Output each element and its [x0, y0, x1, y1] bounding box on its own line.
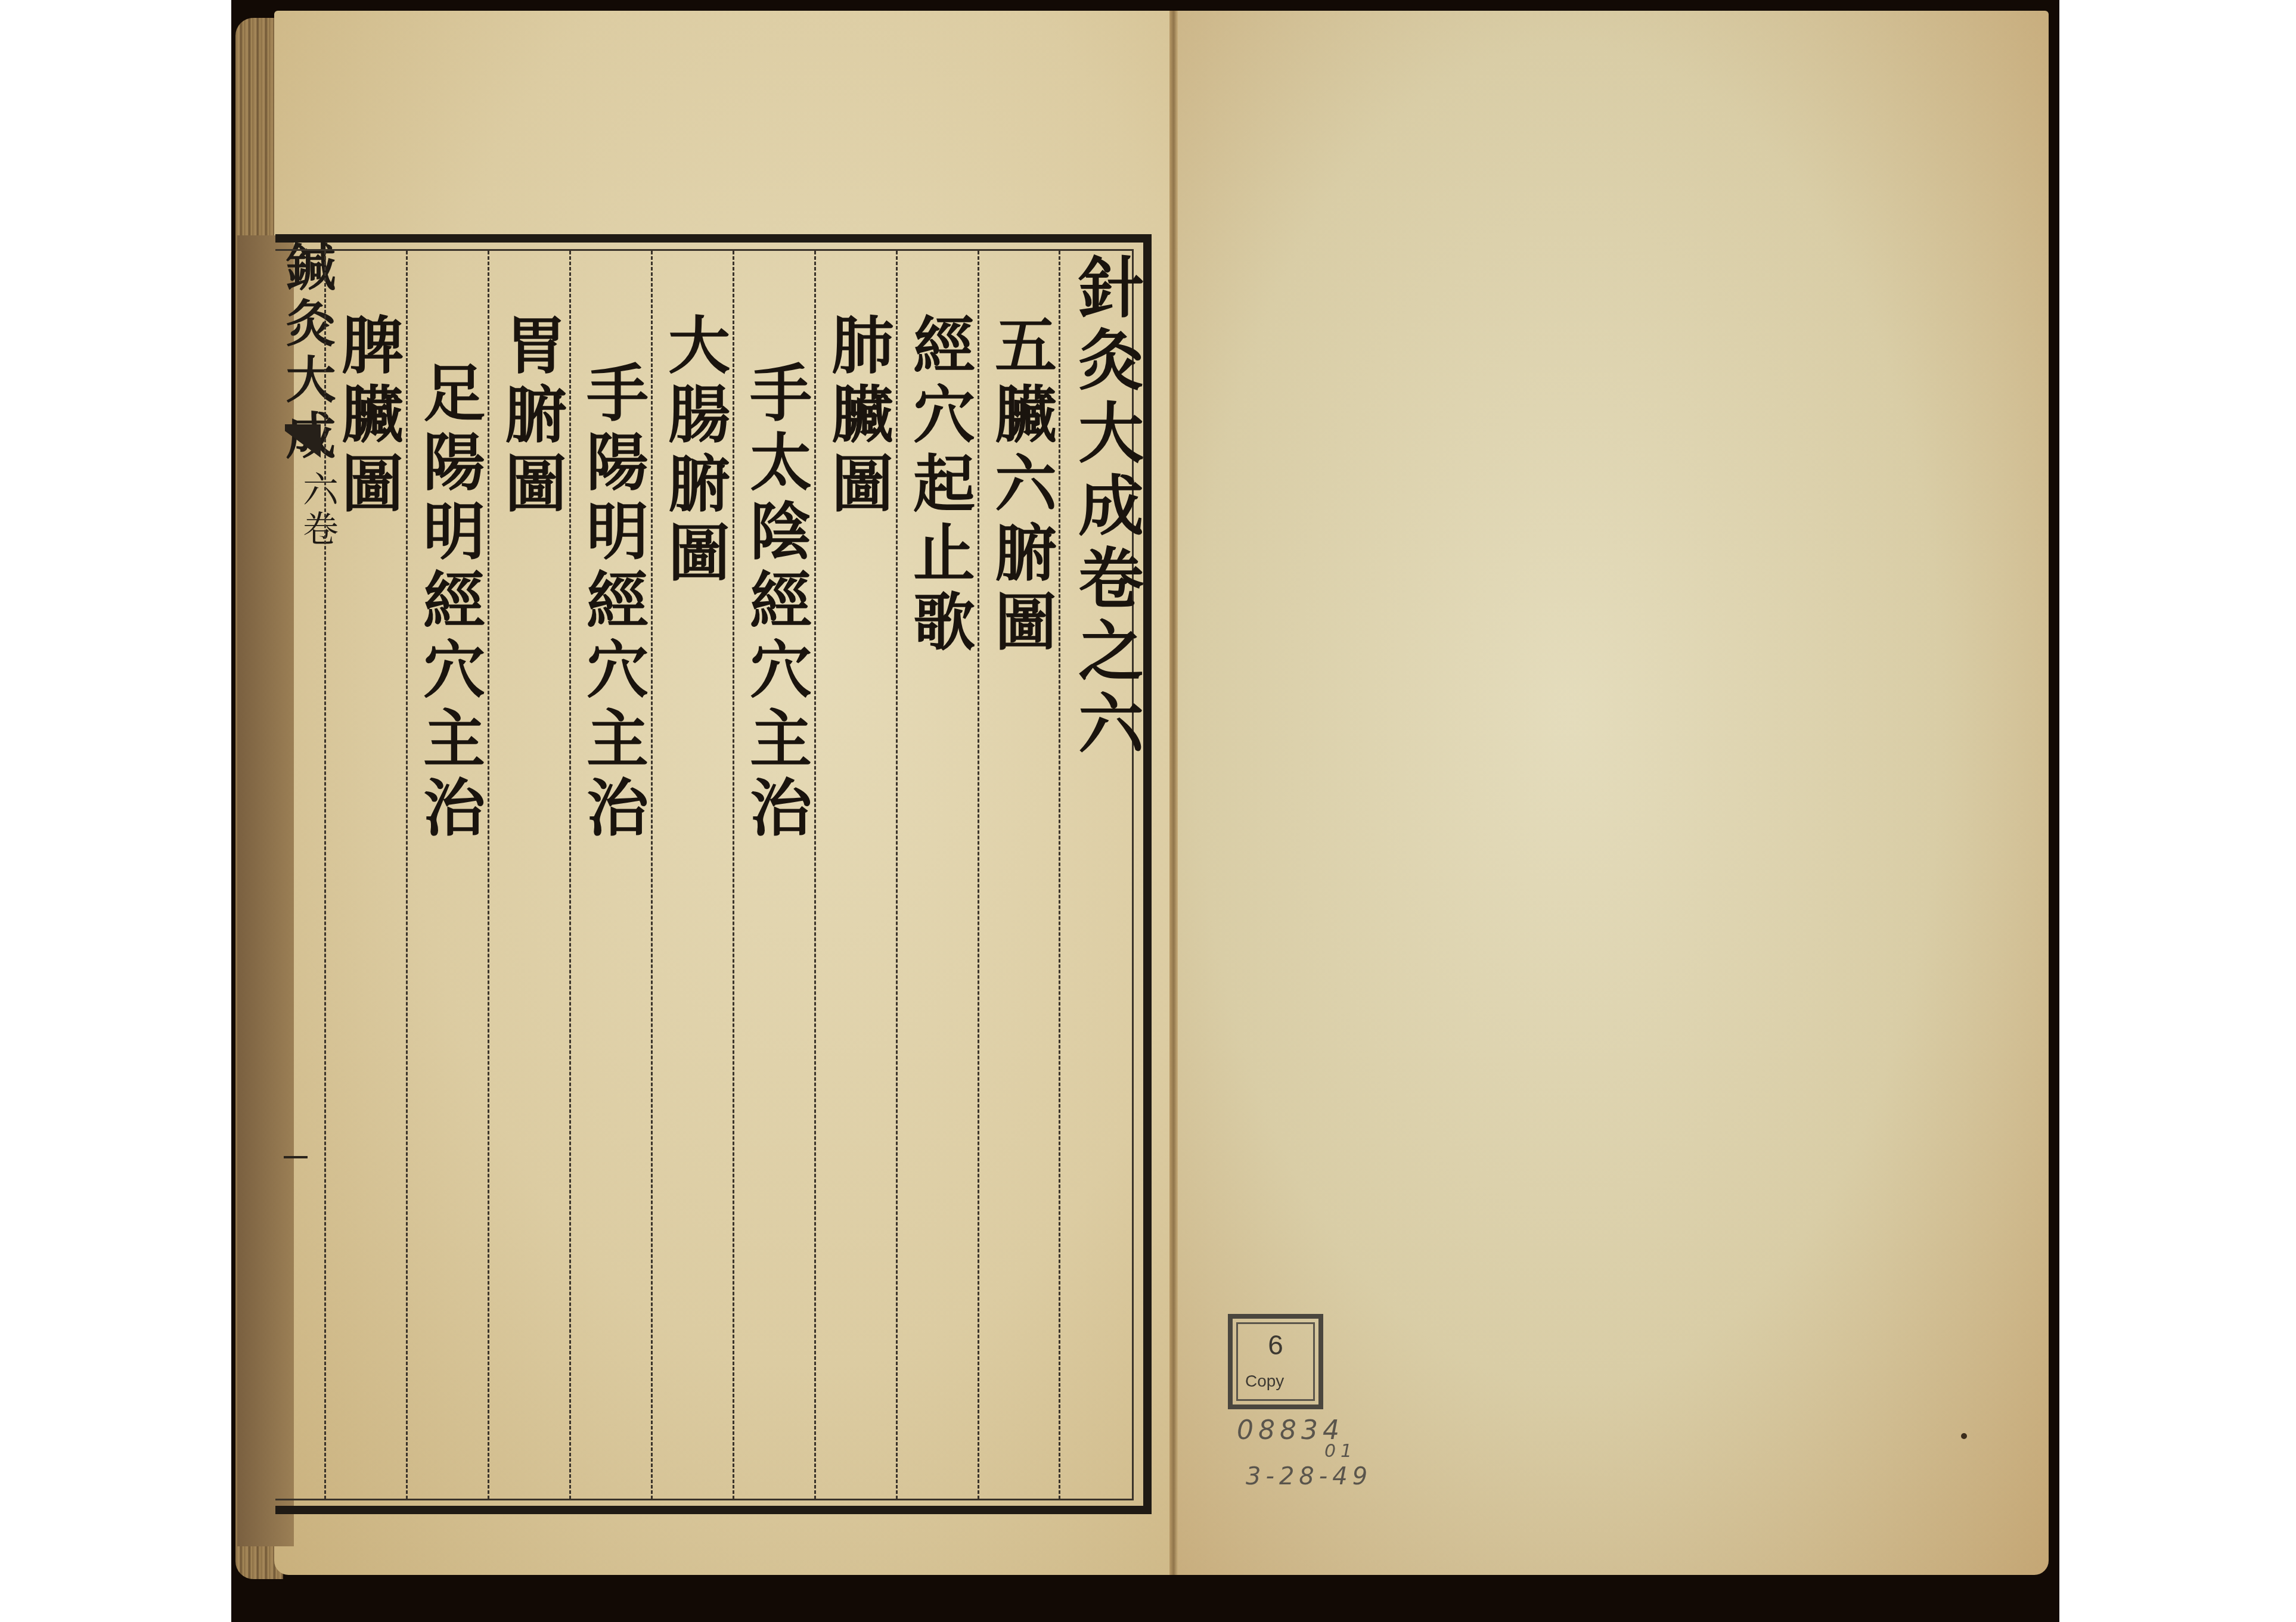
column-rule	[569, 251, 571, 1499]
toc-subentry: 足陽明經穴主治	[418, 361, 480, 844]
toc-subentry: 手陽明經穴主治	[581, 361, 643, 844]
column-rule	[324, 251, 326, 1499]
column-rule	[651, 251, 653, 1499]
library-copy-stamp: 6 Copy	[1228, 1314, 1323, 1409]
handwritten-date: 3-28-49	[1246, 1463, 1372, 1490]
ink-spot	[1961, 1433, 1967, 1439]
toc-entry: 肺臟圖	[826, 313, 888, 520]
stamp-copy-number: 6	[1238, 1329, 1313, 1361]
column-rule	[1059, 251, 1060, 1499]
volume-title: 針灸大成卷之六	[1073, 253, 1138, 762]
column-rule	[896, 251, 898, 1499]
column-rule	[488, 251, 489, 1499]
toc-entry: 五臟六腑圖	[989, 313, 1051, 658]
toc-subentry: 手太陰經穴主治	[744, 361, 806, 844]
handwritten-accession-suffix: 01	[1324, 1441, 1357, 1462]
column-rule	[733, 251, 734, 1499]
toc-entry: 胃腑圖	[499, 313, 561, 520]
toc-entry: 大腸腑圖	[663, 313, 725, 589]
toc-entry: 脾臟圖	[336, 313, 398, 520]
book-gutter	[1169, 11, 1178, 1575]
column-rule	[406, 251, 408, 1499]
stamp-copy-label: Copy	[1245, 1372, 1284, 1391]
toc-entry: 經穴起止歌	[908, 313, 970, 658]
column-rule	[978, 251, 979, 1499]
column-rule	[814, 251, 816, 1499]
